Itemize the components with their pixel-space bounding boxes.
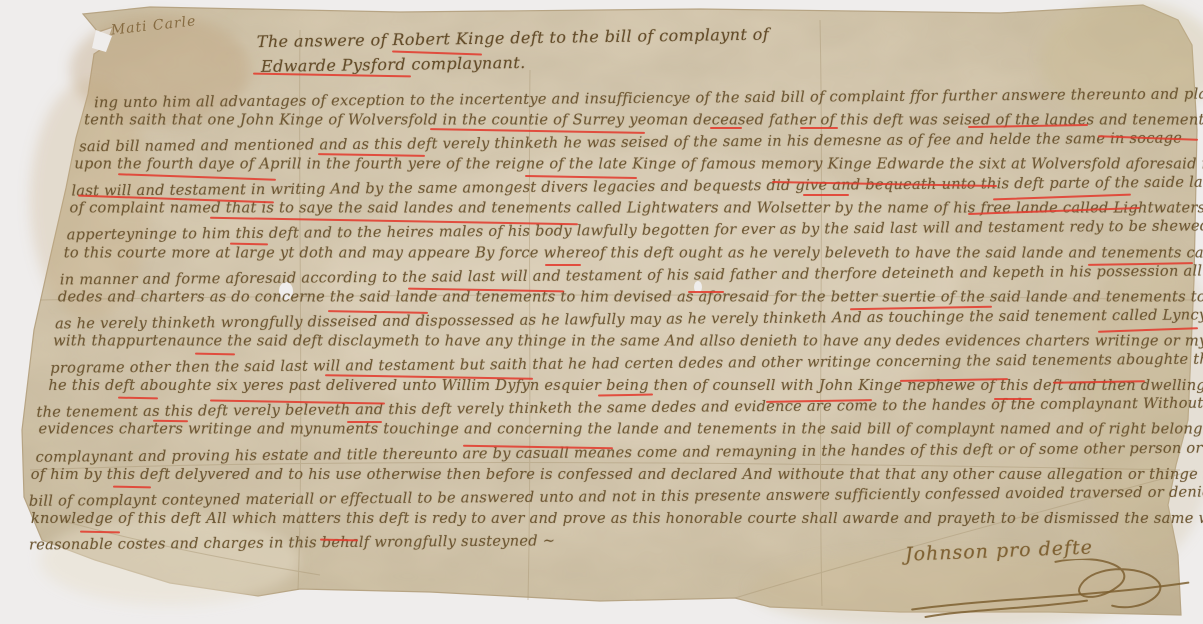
body-line-19: bill of complaynt conteyned materiall or…: [29, 483, 1203, 510]
body-line-12: with thappurtenaunce the said deft discl…: [53, 333, 1203, 350]
signature-flourish: [905, 554, 1197, 624]
signature-block: Johnson pro defte: [905, 532, 1198, 624]
body-line-7: apperteyninge to him this deft and to th…: [67, 217, 1203, 243]
body-line-21: reasonable costes and charges in this be…: [29, 532, 555, 553]
body-line-17: complaynant and proving his estate and t…: [36, 438, 1203, 465]
body-line-20: knowledge of this deft All which matters…: [31, 510, 1203, 527]
body-line-16: evidences charters writinge and mynument…: [39, 421, 1203, 438]
body-line-4: upon the fourth daye of Aprill in the fo…: [74, 156, 1203, 173]
body-line-18: of him by this deft delyvered and to his…: [31, 466, 1203, 483]
docket-note: Mati Carle: [110, 13, 197, 38]
body-line-8: to this courte more at large yt doth and…: [64, 245, 1203, 262]
body-line-10: dedes and charters as do concerne the sa…: [58, 288, 1203, 305]
manuscript-scan: Mati Carle The answere of Robert Kinge d…: [0, 0, 1203, 624]
body-line-9: in manner and forme aforesaid according …: [60, 262, 1203, 288]
answer-heading-line-1: The answere of Robert Kinge deft to the …: [257, 25, 770, 52]
manuscript-text-layer: Mati Carle The answere of Robert Kinge d…: [0, 0, 1203, 624]
answer-heading-line-2: Edwarde Pysford complaynant.: [261, 53, 526, 76]
body-line-11: as he verely thinketh wrongfully disseis…: [55, 306, 1203, 332]
body-line-14: he this deft aboughte six yeres past del…: [48, 377, 1203, 394]
body-line-1: ing unto him all advantages of exception…: [94, 85, 1203, 111]
